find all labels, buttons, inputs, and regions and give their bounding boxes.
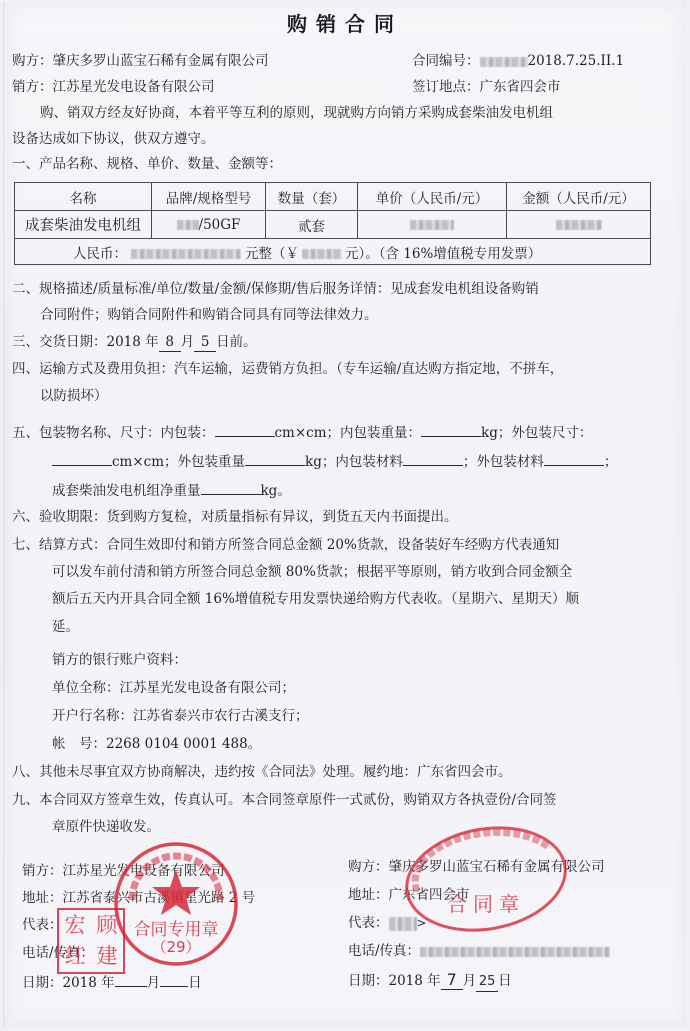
handwritten-mark: >: [417, 916, 427, 930]
redacted-unit-price: [410, 220, 454, 230]
contract-number-label: 合同编号：: [412, 53, 480, 69]
section-8-line-1: 八、其他未尽事宜双方协商解决，违约按《合同法》处理。履约地：广东省四会市。: [12, 763, 512, 781]
table-header: 单价（人民币/元）: [358, 183, 507, 211]
seller-date-month-label: 月: [147, 975, 161, 991]
buyer-sign-date: 日期：2018 年7月25日: [348, 971, 512, 992]
seller-sign-rep: 代表：: [22, 916, 63, 934]
buyer-phone-label: 电话/传真：: [348, 943, 420, 959]
buyer-date-month: 7: [441, 971, 463, 990]
buyer-date-month-label: 月: [463, 973, 477, 989]
seller-date-day-label: 日: [188, 975, 202, 991]
delivery-month: 8: [159, 333, 181, 352]
inner-weight-blank: [421, 422, 481, 437]
bank-name: 开户行名称：江苏省泰兴市农行古溪支行；: [52, 707, 309, 725]
section-7-line-3: 额后五天内开具合同全额 16%增值税专用发票快递给购方代表收。（星期六、星期天）…: [52, 590, 579, 608]
total-suffix-2: 元）。（含 16%增值税专用发票）: [345, 246, 541, 262]
bank-account: 帐 号：2268 0104 0001 488。: [52, 735, 261, 753]
section-2-line-1: 二、规格描述/质量标准/单位/数量/金额/保修期/售后服务详情：见成套发电机组设…: [12, 280, 539, 298]
redacted-brand: [177, 220, 199, 230]
section-9-line-1: 九、本合同双方签章生效，传真认可。本合同签章原件一式贰份，购销双方各执壹份/合同…: [12, 791, 557, 809]
seal-char: 顾: [91, 910, 123, 941]
section-1-heading: 一、产品名称、规格、单价、数量、金额等：: [12, 155, 282, 173]
section-5-line-3: 成套柴油发电机组净重量kg。: [52, 480, 291, 500]
sign-place-label: 签订地点：: [412, 79, 480, 95]
table-header: 品牌/规格型号: [152, 183, 266, 211]
product-unit-price: [358, 211, 507, 239]
section-7-line-4: 延。: [52, 618, 79, 636]
seller-date-day-blank: [160, 972, 188, 987]
seller-sign-phone: 电话/传真：: [22, 944, 94, 962]
outer-weight-blank: [245, 451, 305, 466]
inner-material-label: kg；内包装材料: [305, 454, 403, 470]
seal-text: 合同专用章: [112, 915, 240, 940]
sign-place: 广东省四会市: [480, 79, 561, 95]
delivery-day: 5: [194, 333, 216, 352]
inner-size-blank: [215, 422, 275, 437]
section-7-line-2: 可以发车前付清和销方所签合同总金额 80%货款；根据平等原则，销方收到合同金额全: [52, 563, 572, 581]
contract-page: 购销合同 购方：肇庆多罗山蓝宝石稀有金属有限公司 合同编号：2018.7.25.…: [3, 2, 686, 1027]
section-9-line-2: 章原件快递收发。: [52, 818, 160, 836]
buyer-date-day-label: 日: [498, 973, 512, 989]
seller-sign-address: 地址：江苏省泰兴市古溪镇星光路 2 号: [22, 889, 255, 907]
buyer-label: 购方：: [12, 53, 53, 69]
section-2-line-2: 合同附件；购销合同附件和购销合同具有同等法律效力。: [40, 306, 378, 324]
model-suffix: /50GF: [199, 217, 241, 233]
bank-unit-name: 单位全称：江苏星光发电设备有限公司；: [52, 679, 295, 697]
total-cell: 人民币：元整（￥元）。（含 16%增值税专用发票）: [15, 239, 651, 265]
intro-line-2: 设备达成如下协议，供双方遵守。: [12, 130, 215, 148]
total-label: 人民币：: [73, 246, 127, 262]
buyer-sign-address: 地址：广东省四会市: [348, 886, 470, 904]
table-row: 成套柴油发电机组 /50GF 贰套: [15, 211, 651, 239]
intro-line-1: 购、销双方经友好协商，本着平等互利的原则，现就购方向销方采购成套柴油发电机组: [40, 104, 553, 122]
redacted-total-number: [302, 249, 342, 259]
seal-char: 建: [91, 941, 123, 972]
seal-char: 宏: [59, 910, 91, 941]
product-name: 成套柴油发电机组: [15, 211, 152, 239]
buyer-sign-phone: 电话/传真：: [348, 942, 610, 960]
section-4-line-2: 以防损坏）: [40, 387, 108, 405]
seller-personal-seal: 宏 顾 红 建: [57, 908, 125, 974]
table-header: 名称: [15, 183, 152, 211]
product-amount: [507, 211, 651, 239]
buyer-sign-party: 购方：肇庆多罗山蓝宝石稀有金属有限公司: [348, 858, 605, 876]
section-6-line-1: 六、验收期限：货到购方复检，对质量指标有异议，到货五天内书面提出。: [12, 508, 458, 526]
buyer-date-day: 25: [476, 973, 498, 992]
document-title: 购销合同: [4, 8, 686, 37]
bank-heading: 销方的银行账户资料：: [52, 651, 187, 669]
seller-sign-date: 日期：2018 年月日: [22, 972, 202, 992]
seller-date-month-blank: [115, 972, 147, 987]
semicolon: ；: [604, 454, 618, 470]
table-header: 数量（套）: [266, 183, 358, 211]
seller-sign-party: 销方：江苏星光发电设备有限公司: [22, 862, 225, 880]
buyer-sign-rep: 代表：>: [348, 914, 427, 932]
buyer-name: 肇庆多罗山蓝宝石稀有金属有限公司: [53, 53, 269, 69]
redacted-buyer-phone: [420, 947, 610, 957]
seal-oval-icon: [402, 824, 570, 934]
section-7-line-1: 七、结算方式：合同生效即付和销方所签合同总金额 20%货款，设备装好车经购方代表…: [12, 536, 559, 554]
buyer-rep-label: 代表：: [348, 915, 389, 931]
seller-line: 销方：江苏星光发电设备有限公司: [12, 78, 215, 96]
outer-material-label: ；外包装材料: [463, 454, 544, 470]
redacted-total-words: [131, 249, 241, 259]
delivery-suffix: 日前。: [216, 334, 257, 350]
net-weight-label: 成套柴油发电机组净重量: [52, 483, 201, 499]
table-header-row: 名称 品牌/规格型号 数量（套） 单价（人民币/元） 金额（人民币/元）: [15, 183, 651, 211]
contract-number-line: 合同编号：2018.7.25.II.1: [412, 52, 624, 70]
table-total-row: 人民币：元整（￥元）。（含 16%增值税专用发票）: [15, 239, 651, 265]
section-3-delivery-date: 三、交货日期：2018 年8月5日前。: [12, 333, 257, 352]
product-model: /50GF: [152, 211, 266, 239]
seller-name: 江苏星光发电设备有限公司: [53, 79, 215, 95]
buyer-line: 购方：肇庆多罗山蓝宝石稀有金属有限公司: [12, 52, 269, 70]
section-5-line-2: cm×cm；外包装重量kg；内包装材料；外包装材料；: [52, 451, 617, 471]
table-header: 金额（人民币/元）: [507, 183, 651, 211]
packaging-inner-label: 五、包装物名称、尺寸：内包装：: [12, 425, 215, 441]
inner-material-blank: [403, 451, 463, 466]
outer-size-blank: [52, 451, 112, 466]
net-weight-blank: [201, 480, 261, 495]
redacted-contract-prefix: [480, 57, 528, 67]
product-table: 名称 品牌/规格型号 数量（套） 单价（人民币/元） 金额（人民币/元） 成套柴…: [14, 182, 651, 265]
redacted-buyer-rep: [389, 917, 417, 931]
redacted-amount: [556, 220, 602, 230]
outer-size-label: kg；外包装尺寸：: [481, 425, 592, 441]
seal-number: （29）: [112, 936, 240, 957]
total-suffix-1: 元整（￥: [245, 246, 299, 262]
section-5-line-1: 五、包装物名称、尺寸：内包装：cm×cm；内包装重量：kg；外包装尺寸：: [12, 422, 592, 442]
buyer-date-prefix: 日期：2018 年: [348, 973, 441, 989]
buyer-contract-seal: 合同章: [402, 824, 570, 934]
product-quantity: 贰套: [266, 211, 358, 239]
contract-number: 2018.7.25.II.1: [528, 53, 625, 69]
seller-label: 销方：: [12, 79, 53, 95]
delivery-month-label: 月: [181, 334, 195, 350]
net-weight-unit: kg。: [261, 483, 291, 499]
delivery-prefix: 三、交货日期：2018 年: [12, 334, 159, 350]
outer-weight-label: cm×cm；外包装重量: [112, 454, 245, 470]
outer-material-blank: [544, 451, 604, 466]
sign-place-line: 签订地点：广东省四会市: [412, 78, 561, 96]
section-4-line-1: 四、运输方式及费用负担：汽车运输，运费销方负担。（专车运输/直达购方指定地，不拼…: [12, 360, 563, 378]
seller-date-prefix: 日期：2018 年: [22, 975, 115, 991]
inner-weight-label: cm×cm；内包装重量：: [275, 425, 422, 441]
